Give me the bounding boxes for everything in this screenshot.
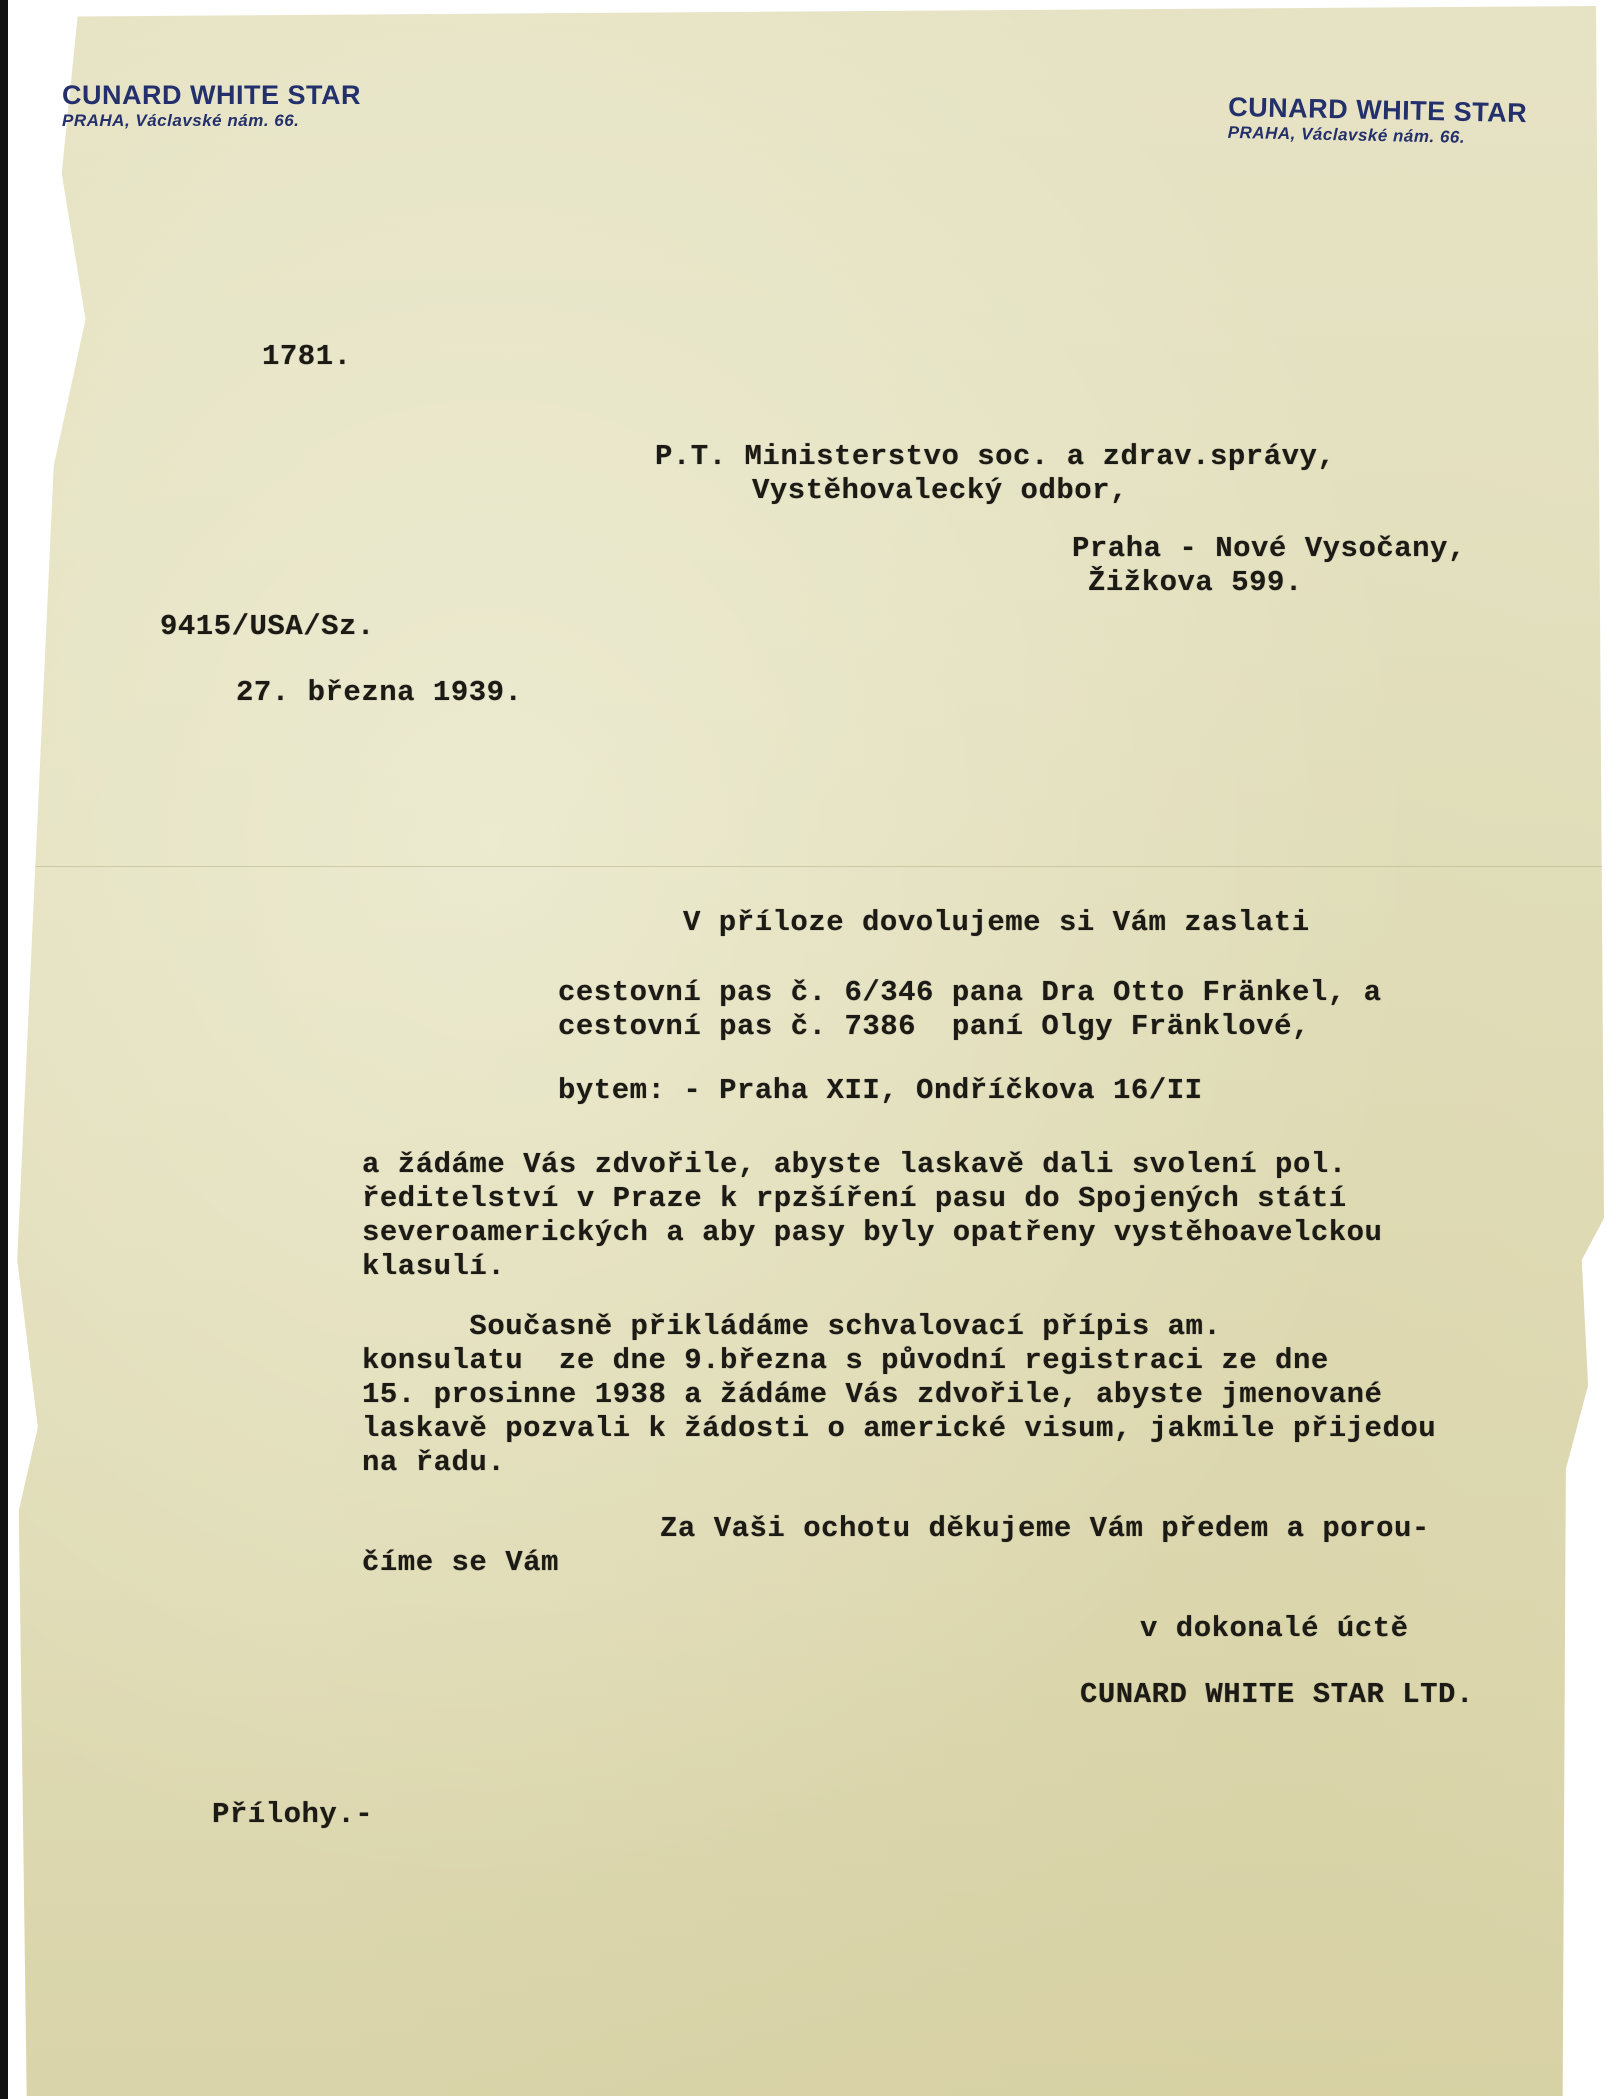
recipient-line-1: P.T. Ministerstvo soc. a zdrav.správy, — [655, 440, 1335, 474]
enclosures-label: Přílohy.- — [212, 1798, 373, 1832]
body-intro: V příloze dovolujeme si Vám zaslati — [683, 906, 1310, 940]
paragraph-1-line-4: klasulí. — [362, 1250, 505, 1284]
stamp-company: CUNARD WHITE STAR — [62, 80, 361, 111]
scan-border — [0, 0, 8, 2099]
reference-number: 9415/USA/Sz. — [160, 610, 375, 644]
paragraph-2-line-3: 15. prosinne 1938 a žádáme Vás zdvořile,… — [362, 1378, 1382, 1412]
paper-fold — [14, 866, 1604, 867]
passport-line-1: cestovní pas č. 6/346 pana Dra Otto Frän… — [558, 976, 1382, 1010]
paragraph-2-line-5: na řadu. — [362, 1446, 505, 1480]
stamp-address: PRAHA, Václavské nám. 66. — [62, 111, 361, 131]
residence-line: bytem: - Praha XII, Ondříčkova 16/II — [558, 1074, 1203, 1108]
passport-line-2: cestovní pas č. 7386 paní Olgy Fränklové… — [558, 1010, 1310, 1044]
closing-line-2: číme se Vám — [362, 1546, 559, 1580]
paragraph-2-line-4: laskavě pozvali k žádosti o americké vis… — [362, 1412, 1436, 1446]
paragraph-2-line-1: Současně přikládáme schvalovací přípis a… — [362, 1310, 1221, 1344]
document-number: 1781. — [262, 340, 352, 374]
recipient-street: Žižkova 599. — [1088, 566, 1303, 600]
letter-page — [14, 6, 1604, 2096]
letterhead-stamp-left: CUNARD WHITE STAR PRAHA, Václavské nám. … — [62, 80, 361, 131]
paragraph-1-line-1: a žádáme Vás zdvořile, abyste laskavě da… — [362, 1148, 1347, 1182]
letter-date: 27. března 1939. — [236, 676, 522, 710]
paragraph-2-line-2: konsulatu ze dne 9.března s původní regi… — [362, 1344, 1329, 1378]
recipient-line-2: Vystěhovalecký odbor, — [752, 474, 1128, 508]
paragraph-1-line-3: severoamerických a aby pasy byly opatřen… — [362, 1216, 1382, 1250]
closing-line-1: Za Vaši ochotu děkujeme Vám předem a por… — [660, 1512, 1430, 1546]
salutation: v dokonalé úctě — [1140, 1612, 1409, 1646]
signature: CUNARD WHITE STAR LTD. — [1080, 1678, 1474, 1712]
paragraph-1-line-2: ředitelství v Praze k rpzšíření pasu do … — [362, 1182, 1347, 1216]
letterhead-stamp-right: CUNARD WHITE STAR PRAHA, Václavské nám. … — [1228, 92, 1528, 149]
recipient-city: Praha - Nové Vysočany, — [1072, 532, 1466, 566]
